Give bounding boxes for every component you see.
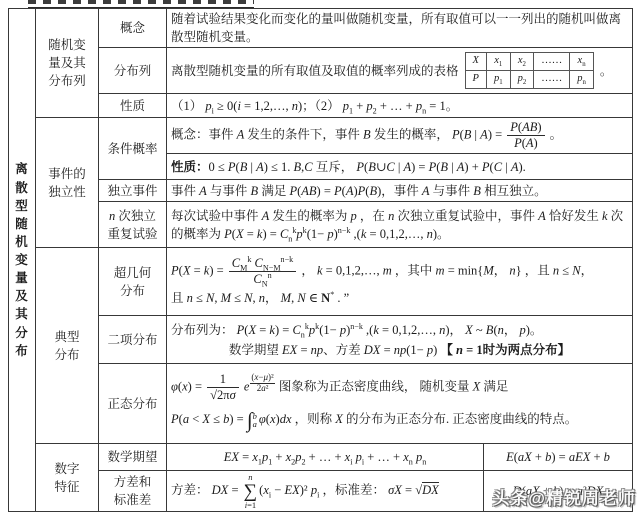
hypergeometric-line1: P(X = k) = CMk CN−Mn−kCNn ， k = 0,1,2,…,…	[171, 255, 628, 288]
row-label-concept: 概念	[99, 9, 167, 48]
cell-property: （1） pi ≥ 0(i = 1,2,…, n)；（2） p1 + p2 + ……	[167, 94, 633, 118]
row-label-normal: 正态分布	[99, 364, 167, 444]
cell-hypergeometric: P(X = k) = CMk CN−Mn−kCNn ， k = 0,1,2,…,…	[167, 248, 633, 316]
normal-line1: φ(x) = 1√2πσ e(x−μ)²2a² 图象称为正态密度曲线， 随机变量…	[171, 371, 628, 404]
group-typical-distributions: 典型分布	[36, 248, 99, 444]
mini-cell: xn	[570, 53, 594, 71]
row-label-n-repeated-trials: n 次独立重复试验	[99, 202, 167, 248]
group-numeric-features: 数字特征	[36, 444, 99, 512]
cell-expectation: EX = x1p1 + x2p2 + … + xi pi + … + xn pn	[167, 444, 484, 471]
cell-distribution-list: 离散型随机变量的所有取值及取值的概率列成的表格 X x1 x2 …… xn P	[167, 48, 633, 94]
cell-independent-events: 事件 A 与事件 B 满足 P(AB) = P(A)P(B)，事件 A 与事件 …	[167, 180, 633, 202]
cell-conditional-concept: 概念：事件 A 发生的条件下，事件 B 发生的概率， P(B | A) = P(…	[167, 118, 633, 154]
row-label-hypergeometric: 超几何分布	[99, 248, 167, 316]
distribution-list-period: 。	[600, 62, 613, 80]
distribution-mini-table: X x1 x2 …… xn P p1 p2 …… p	[465, 52, 594, 89]
mini-cell: P	[465, 71, 486, 89]
mini-cell: pn	[570, 71, 594, 89]
cell-concept: 随着试验结果变化而变化的量叫做随机变量，所有取值可以一一列出的随机叫做离散型随机…	[167, 9, 633, 48]
cell-variance-stddev: 方差： DX = n∑i=1(xi − EX)² pi ，标准差： σX = √…	[167, 471, 484, 512]
cell-variance-linear: D(aX + b) = a²DX 头条@精锐周老师	[484, 471, 633, 512]
hypergeometric-line2: 且 n ≤ N, M ≤ N, n， M, N ∈ N* . ”	[171, 288, 628, 308]
group-random-variable: 随机变量及其分布列	[36, 9, 99, 118]
normal-line2: P(a < X ≤ b) = ∫baφ(x)dx ，则称 X 的分布为正态分布.…	[171, 404, 628, 436]
row-label-expectation: 数学期望	[99, 444, 167, 471]
mini-cell: x2	[510, 53, 534, 71]
cell-expectation-linear: E(aX + b) = aEX + b	[484, 444, 633, 471]
mini-cell: p2	[510, 71, 534, 89]
cell-conditional-property: 性质：0 ≤ P(B | A) ≤ 1. B,C 互斥， P(B∪C | A) …	[167, 154, 633, 180]
cell-binomial: 分布列为： P(X = k) = Cnkpk(1− p)n−k ,(k = 0,…	[167, 316, 633, 364]
mini-cell: ……	[534, 71, 570, 89]
group-event-independence: 事件的独立性	[36, 118, 99, 248]
spine-title: 离散型随机变量及其分布	[9, 9, 36, 512]
watermark-text: 头条@精锐周老师	[492, 487, 636, 512]
distribution-list-text: 离散型随机变量的所有取值及取值的概率列成的表格	[171, 62, 459, 80]
cell-n-repeated-trials: 每次试验中事件 A 发生的概率为 p ，在 n 次独立重复试验中，事件 A 恰好…	[167, 202, 633, 248]
binomial-line1: 分布列为： P(X = k) = Cnkpk(1− p)n−k ,(k = 0,…	[171, 320, 628, 340]
document-page: 离散型随机变量及其分布 随机变量及其分布列 概念 随着试验结果变化而变化的量叫做…	[0, 0, 640, 517]
row-label-property: 性质	[99, 94, 167, 118]
mini-cell: p1	[486, 71, 510, 89]
mini-cell: x1	[486, 53, 510, 71]
mini-cell: X	[465, 53, 486, 71]
binomial-line2: 数学期望 EX = np、方差 DX = np(1− p) 【 n = 1时为两…	[171, 340, 628, 360]
row-label-binomial: 二项分布	[99, 316, 167, 364]
cell-normal: φ(x) = 1√2πσ e(x−μ)²2a² 图象称为正态密度曲线， 随机变量…	[167, 364, 633, 444]
mini-cell: ……	[534, 53, 570, 71]
row-label-conditional-probability: 条件概率	[99, 118, 167, 180]
row-label-variance-stddev: 方差和标准差	[99, 471, 167, 512]
row-label-independent-events: 独立事件	[99, 180, 167, 202]
row-label-distribution-list: 分布列	[99, 48, 167, 94]
formula-summary-table: 离散型随机变量及其分布 随机变量及其分布列 概念 随着试验结果变化而变化的量叫做…	[8, 8, 633, 512]
